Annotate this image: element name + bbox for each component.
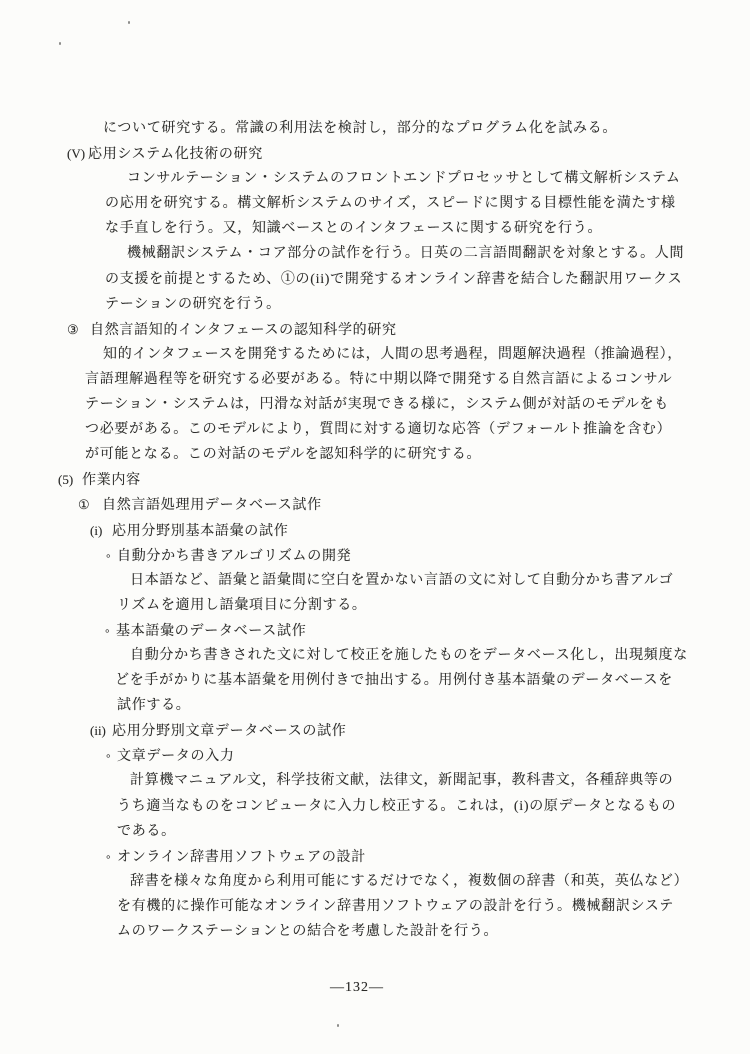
line-text: テーションの研究を行う。 bbox=[105, 297, 281, 312]
body-line: テーションの研究を行う。 bbox=[0, 292, 750, 317]
scan-speck bbox=[337, 1024, 339, 1027]
body-line: の支援を前提とするため、①の(ii)で開発するオンライン辞書を結合した翻訳用ワー… bbox=[0, 267, 750, 292]
heading-line: ①自然言語処理用データベース試作 bbox=[0, 492, 750, 517]
line-text: オンライン辞書用ソフトウェアの設計 bbox=[117, 850, 366, 865]
line-text: つ必要がある。このモデルにより，質問に対する適切な応答（デフォールト推論を含む） bbox=[85, 422, 671, 437]
line-text: 文章データの入力 bbox=[117, 749, 235, 764]
body-line: 機械翻訳システム・コア部分の試作を行う。日英の二言語間翻訳を対象とする。人間 bbox=[0, 241, 750, 266]
page-number: —132— bbox=[330, 980, 384, 996]
heading-line: (V)応用システム化技術の研究 bbox=[0, 141, 750, 166]
text-block: について研究する。常識の利用法を検討し，部分的なプログラム化を試みる。(V)応用… bbox=[0, 116, 750, 944]
line-text: 自動分かち書きアルゴリズムの開発 bbox=[117, 549, 351, 564]
body-line: 言語理解過程等を研究する必要がある。特に中期以降で開発する自然言語によるコンサル bbox=[0, 367, 750, 392]
body-line: 試作する。 bbox=[0, 693, 750, 718]
line-text: が可能となる。この対話のモデルを認知科学的に研究する。 bbox=[85, 447, 481, 462]
line-text: の支援を前提とするため、①の(ii)で開発するオンライン辞書を結合した翻訳用ワー… bbox=[105, 272, 682, 287]
line-text: 言語理解過程等を研究する必要がある。特に中期以降で開発する自然言語によるコンサル bbox=[85, 372, 672, 387]
body-line: な手直しを行う。又，知識ベースとのインタフェースに関する研究を行う。 bbox=[0, 216, 750, 241]
line-text: な手直しを行う。又，知識ベースとのインタフェースに関する研究を行う。 bbox=[105, 221, 602, 236]
line-text: 計算機マニュアル文，科学技術文献，法律文，新聞記事，教科書文，各種辞典等の bbox=[130, 773, 673, 788]
line-text: 作業内容 bbox=[82, 473, 141, 488]
line-text: 知的インタフェースを開発するためには，人間の思考過程，問題解決過程（推論過程）， bbox=[103, 347, 682, 362]
heading-line: (i)応用分野別基本語彙の試作 bbox=[0, 518, 750, 543]
line-text: 辞書を様々な角度から利用可能にするだけでなく，複数個の辞書（和英，英仏など） bbox=[130, 874, 688, 889]
line-marker: ◦ bbox=[106, 844, 117, 869]
line-marker: (i) bbox=[90, 518, 112, 543]
heading-line: ③自然言語知的インタフェースの認知科学的研究 bbox=[0, 317, 750, 342]
line-text: コンサルテーション・システムのフロントエンドプロセッサとして構文解析システム bbox=[127, 171, 681, 186]
line-marker: ① bbox=[78, 492, 102, 517]
scan-speck bbox=[128, 21, 130, 24]
line-text: 試作する。 bbox=[117, 698, 191, 713]
body-line: コンサルテーション・システムのフロントエンドプロセッサとして構文解析システム bbox=[0, 166, 750, 191]
body-line: 日本語など、語彙と語彙間に空白を置かない言語の文に対して自動分かち書アルゴ bbox=[0, 568, 750, 593]
line-marker: (ii) bbox=[90, 718, 112, 743]
body-line: 辞書を様々な角度から利用可能にするだけでなく，複数個の辞書（和英，英仏など） bbox=[0, 869, 750, 894]
line-text: うち適当なものをコンピュータに入力し校正する。これは，(i)の原データとなるもの bbox=[117, 799, 676, 814]
line-text: リズムを適用し語彙項目に分割する。 bbox=[117, 598, 367, 613]
body-line: について研究する。常識の利用法を検討し，部分的なプログラム化を試みる。 bbox=[0, 116, 750, 141]
heading-line: ◦オンライン辞書用ソフトウェアの設計 bbox=[0, 844, 750, 869]
line-text: 自動分かち書きされた文に対して校正を施したものをデータベース化し，出現頻度な bbox=[130, 648, 688, 663]
heading-line: (5)作業内容 bbox=[0, 467, 750, 492]
body-line: テーション・システムは，円滑な対話が実現できる様に，システム側が対話のモデルをも bbox=[0, 392, 750, 417]
line-marker: (5) bbox=[58, 467, 82, 492]
scan-speck bbox=[59, 42, 61, 45]
line-text: テーション・システムは，円滑な対話が実現できる様に，システム側が対話のモデルをも bbox=[85, 397, 669, 412]
body-line: 自動分かち書きされた文に対して校正を施したものをデータベース化し，出現頻度な bbox=[0, 643, 750, 668]
body-line: の応用を研究する。構文解析システムのサイズ，スピードに関する目標性能を満たす様 bbox=[0, 191, 750, 216]
line-marker: ◦ bbox=[105, 618, 116, 643]
line-text: 自然言語処理用データベース試作 bbox=[102, 498, 322, 513]
line-marker: ◦ bbox=[106, 543, 117, 568]
body-line: どを手がかりに基本語彙を用例付きで抽出する。用例付き基本語彙のデータベースを bbox=[0, 668, 750, 693]
line-text: について研究する。常識の利用法を検討し，部分的なプログラム化を試みる。 bbox=[103, 121, 617, 136]
heading-line: ◦基本語彙のデータベース試作 bbox=[0, 618, 750, 643]
line-text: を有機的に操作可能なオンライン辞書用ソフトウェアの設計を行う。機械翻訳システ bbox=[117, 899, 674, 914]
scanned-document-page: について研究する。常識の利用法を検討し，部分的なプログラム化を試みる。(V)応用… bbox=[0, 0, 750, 1054]
line-marker: (V) bbox=[67, 141, 88, 166]
line-text: である。 bbox=[117, 824, 176, 839]
body-line: が可能となる。この対話のモデルを認知科学的に研究する。 bbox=[0, 442, 750, 467]
line-text: 応用分野別基本語彙の試作 bbox=[112, 524, 288, 539]
line-marker: ③ bbox=[67, 317, 90, 342]
line-marker: ◦ bbox=[106, 743, 117, 768]
heading-line: (ii)応用分野別文章データベースの試作 bbox=[0, 718, 750, 743]
heading-line: ◦自動分かち書きアルゴリズムの開発 bbox=[0, 543, 750, 568]
line-text: ムのワークステーションとの結合を考慮した設計を行う。 bbox=[117, 924, 498, 939]
body-line: つ必要がある。このモデルにより，質問に対する適切な応答（デフォールト推論を含む） bbox=[0, 417, 750, 442]
body-line: を有機的に操作可能なオンライン辞書用ソフトウェアの設計を行う。機械翻訳システ bbox=[0, 894, 750, 919]
line-text: 応用システム化技術の研究 bbox=[88, 147, 263, 162]
line-text: 基本語彙のデータベース試作 bbox=[116, 624, 306, 639]
line-text: 応用分野別文章データベースの試作 bbox=[112, 724, 347, 739]
body-line: 計算機マニュアル文，科学技術文献，法律文，新聞記事，教科書文，各種辞典等の bbox=[0, 768, 750, 793]
line-text: 機械翻訳システム・コア部分の試作を行う。日英の二言語間翻訳を対象とする。人間 bbox=[127, 246, 684, 261]
heading-line: ◦文章データの入力 bbox=[0, 743, 750, 768]
line-text: どを手がかりに基本語彙を用例付きで抽出する。用例付き基本語彙のデータベースを bbox=[115, 673, 673, 688]
line-text: 日本語など、語彙と語彙間に空白を置かない言語の文に対して自動分かち書アルゴ bbox=[130, 573, 673, 588]
body-line: ムのワークステーションとの結合を考慮した設計を行う。 bbox=[0, 919, 750, 944]
line-text: 自然言語知的インタフェースの認知科学的研究 bbox=[90, 323, 397, 338]
body-line: である。 bbox=[0, 819, 750, 844]
line-text: の応用を研究する。構文解析システムのサイズ，スピードに関する目標性能を満たす様 bbox=[105, 196, 676, 211]
body-line: うち適当なものをコンピュータに入力し校正する。これは，(i)の原データとなるもの bbox=[0, 794, 750, 819]
body-line: リズムを適用し語彙項目に分割する。 bbox=[0, 593, 750, 618]
body-line: 知的インタフェースを開発するためには，人間の思考過程，問題解決過程（推論過程）， bbox=[0, 342, 750, 367]
